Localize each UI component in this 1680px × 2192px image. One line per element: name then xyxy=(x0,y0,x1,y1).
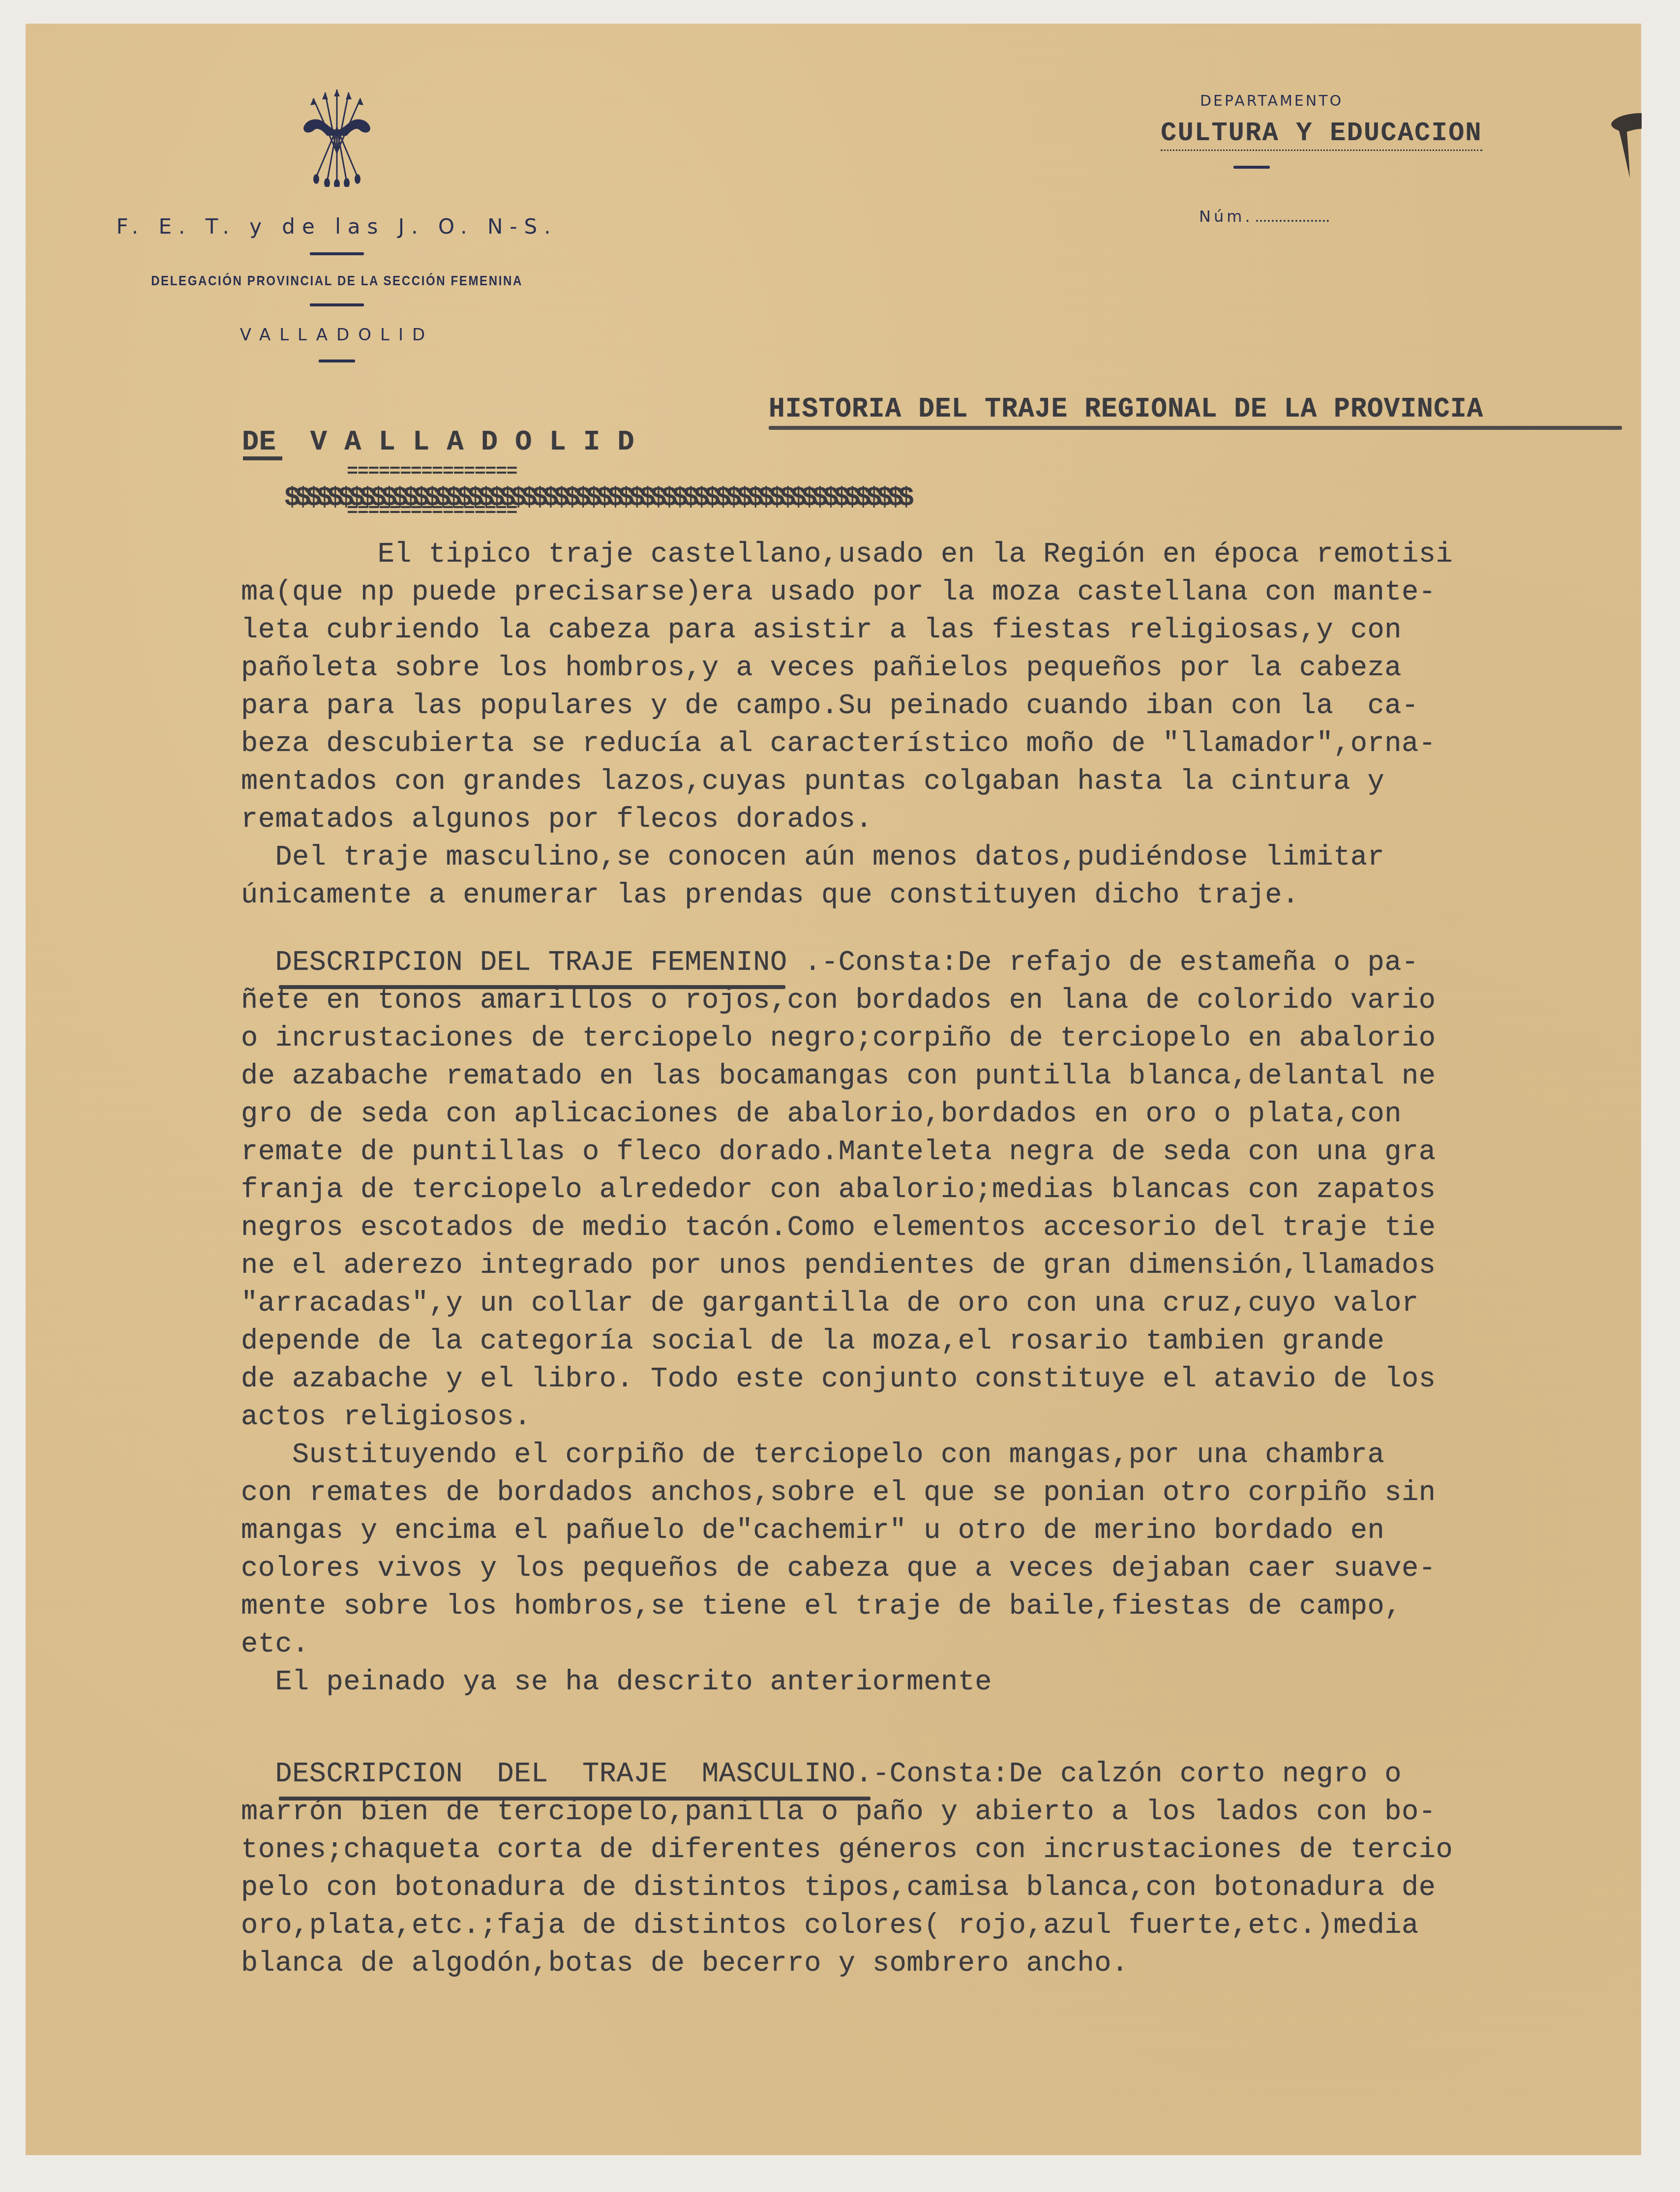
text-line: actos religiosos. xyxy=(241,1399,1633,1437)
text-line: remate de puntillas o fleco dorado.Mante… xyxy=(241,1134,1633,1171)
department-name: CULTURA Y EDUCACION xyxy=(1161,119,1482,151)
text-line: blanca de algodón,botas de becerro y som… xyxy=(241,1945,1633,1983)
text-line: con remates de bordados anchos,sobre el … xyxy=(241,1474,1633,1512)
text-line: únicamente a enumerar las prendas que co… xyxy=(241,877,1633,915)
text-line: rematados algunos por flecos dorados. xyxy=(241,801,1633,839)
text-line: mentados con grandes lazos,cuyas puntas … xyxy=(241,763,1633,801)
ornament-separator: $$$$$$$$$$$$$$$$$$$$$$$$$$$$$$$$$$$$$$$$… xyxy=(284,480,909,517)
text-line: tones;chaqueta corta de diferentes géner… xyxy=(241,1832,1633,1869)
female-section-heading: DESCRIPCION DEL TRAJE FEMENINO xyxy=(275,944,787,982)
number-label: Núm. xyxy=(1199,207,1253,226)
divider-rule xyxy=(319,360,355,362)
text-line: ma(que np puede precisarse)era usado por… xyxy=(241,574,1633,612)
letterhead-right: DEPARTAMENTO CULTURA Y EDUCACION Núm. xyxy=(1161,92,1603,226)
department-label: DEPARTAMENTO xyxy=(1200,92,1603,110)
divider-rule xyxy=(1233,166,1270,169)
delegation-name: DELEGACIÓN PROVINCIAL DE LA SECCIÓN FEME… xyxy=(123,273,551,289)
reference-number-field: Núm. xyxy=(1199,207,1603,226)
male-section-heading: DESCRIPCION DEL TRAJE MASCULINO. xyxy=(275,1756,872,1794)
title-underline xyxy=(243,456,282,460)
intro-section: El tipico traje castellano,usado en la R… xyxy=(241,536,1633,915)
text-line: de azabache rematado en las bocamangas c… xyxy=(241,1058,1633,1096)
male-costume-section: DESCRIPCION DEL TRAJE MASCULINO.-Consta:… xyxy=(241,1756,1633,1983)
text-line: oro,plata,etc.;faja de distintos colores… xyxy=(241,1907,1633,1945)
text-line: franja de terciopelo alrededor con abalo… xyxy=(241,1171,1633,1209)
document-title-line1: HISTORIA DEL TRAJE REGIONAL DE LA PROVIN… xyxy=(769,391,1483,429)
text-line: El peinado ya se ha descrito anteriormen… xyxy=(241,1664,1633,1702)
text-line: gro de seda con aplicaciones de abalorio… xyxy=(241,1096,1633,1134)
title-underline xyxy=(769,426,1622,430)
letterhead-left: F. E. T. y de las J. O. N-S. DELEGACIÓN … xyxy=(89,89,585,362)
text-line: "arracadas",y un collar de gargantilla d… xyxy=(241,1285,1633,1323)
text-line: etc. xyxy=(241,1626,1633,1664)
divider-rule xyxy=(310,252,364,255)
text-line: de azabache y el libro. Todo este conjun… xyxy=(241,1361,1633,1399)
text-line: mente sobre los hombros,se tiene el traj… xyxy=(241,1588,1633,1626)
yoke-and-arrows-icon xyxy=(302,89,371,187)
section-heading-line: DESCRIPCION DEL TRAJE MASCULINO.-Consta:… xyxy=(241,1756,1633,1794)
ink-blot-mark xyxy=(1607,107,1642,181)
number-blank-line xyxy=(1256,220,1329,222)
organization-name: F. E. T. y de las J. O. N-S. xyxy=(89,214,585,239)
text-line: colores vivos y los pequeños de cabeza q… xyxy=(241,1550,1633,1588)
text-line: Sustituyendo el corpiño de terciopelo co… xyxy=(241,1437,1633,1474)
text-line: para para las populares y de campo.Su pe… xyxy=(241,688,1633,725)
text-line: pañoleta sobre los hombros,y a veces pañ… xyxy=(241,650,1633,688)
female-costume-section: DESCRIPCION DEL TRAJE FEMENINO .-Consta:… xyxy=(241,944,1633,1702)
divider-rule xyxy=(310,303,364,306)
text-line: mangas y encima el pañuelo de"cachemir" … xyxy=(241,1512,1633,1550)
text-line: beza descubierta se reducía al caracterí… xyxy=(241,725,1633,763)
text-line: Del traje masculino,se conocen aún menos… xyxy=(241,839,1633,877)
text-line: El tipico traje castellano,usado en la R… xyxy=(241,536,1633,574)
text-line: o incrustaciones de terciopelo negro;cor… xyxy=(241,1020,1633,1058)
text-line: depende de la categoría social de la moz… xyxy=(241,1323,1633,1361)
text-line: leta cubriendo la cabeza para asistir a … xyxy=(241,612,1633,650)
text-line: ne el aderezo integrado por unos pendien… xyxy=(241,1247,1633,1285)
section-heading-line: DESCRIPCION DEL TRAJE FEMENINO .-Consta:… xyxy=(241,944,1633,982)
text-line: negros escotados de medio tacón.Como ele… xyxy=(241,1209,1633,1247)
text-line: pelo con botonadura de distintos tipos,c… xyxy=(241,1869,1633,1907)
city-name: VALLADOLID xyxy=(89,325,585,345)
